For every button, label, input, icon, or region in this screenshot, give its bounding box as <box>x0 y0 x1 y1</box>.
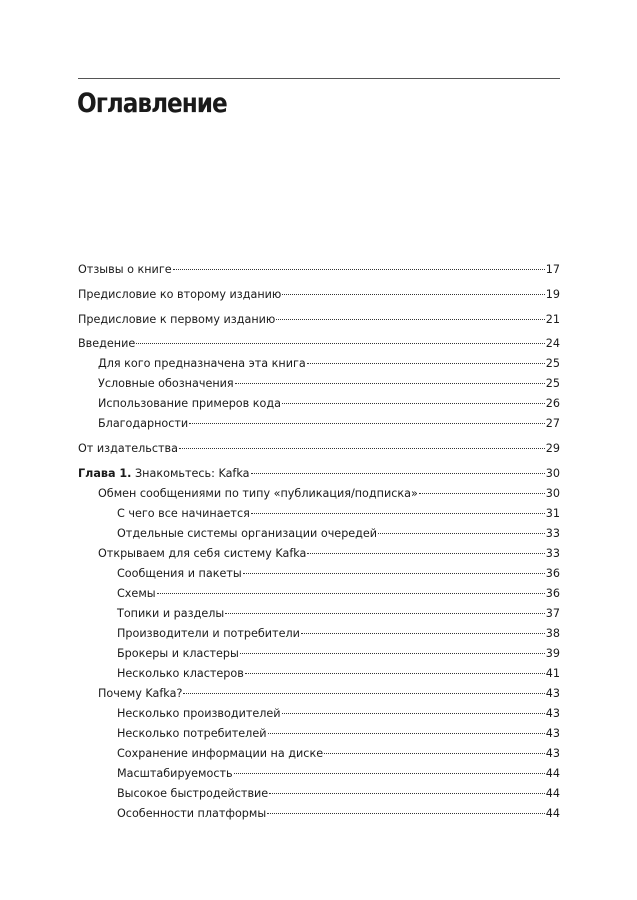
toc-page-number: 39 <box>546 646 560 662</box>
toc-entry-title: Предисловие к первому изданию <box>78 312 275 328</box>
toc-entry[interactable]: Отзывы о книге17 <box>78 262 560 278</box>
toc-entry[interactable]: Несколько кластеров41 <box>78 666 560 682</box>
page-title: Оглавление <box>77 88 227 119</box>
toc-entry[interactable]: Предисловие к первому изданию21 <box>78 312 560 328</box>
dot-leader <box>378 532 545 534</box>
toc-page-number: 31 <box>546 506 560 522</box>
toc-entry[interactable]: С чего все начинается31 <box>78 506 560 522</box>
toc-page-number: 38 <box>546 626 560 642</box>
toc-entry-title: Особенности платформы <box>117 806 266 822</box>
toc-page-number: 41 <box>546 666 560 682</box>
toc-entry-title: Отдельные системы организации очередей <box>117 526 377 542</box>
dot-leader <box>189 422 545 424</box>
toc-page-number: 26 <box>546 396 560 412</box>
dot-leader <box>267 812 545 814</box>
dot-leader <box>282 712 545 714</box>
toc-entry[interactable]: От издательства29 <box>78 441 560 457</box>
toc-entry[interactable]: Несколько потребителей43 <box>78 726 560 742</box>
toc-entry-title: Масштабируемость <box>117 766 233 782</box>
toc-entry[interactable]: Отдельные системы организации очередей33 <box>78 526 560 542</box>
toc-entry[interactable]: Глава 1. Знакомьтесь: Kafka30 <box>78 466 560 482</box>
toc-page-number: 25 <box>546 376 560 392</box>
toc-entry[interactable]: Несколько производителей43 <box>78 706 560 722</box>
dot-leader <box>268 732 545 734</box>
dot-leader <box>301 632 545 634</box>
toc-page-number: 19 <box>546 287 560 303</box>
toc-entry-title: Предисловие ко второму изданию <box>78 287 281 303</box>
dot-leader <box>269 792 545 794</box>
toc-entry[interactable]: Сохранение информации на диске43 <box>78 746 560 762</box>
toc-entry-title: Топики и разделы <box>117 606 224 622</box>
toc-page-number: 33 <box>546 526 560 542</box>
toc-entry[interactable]: Высокое быстродействие44 <box>78 786 560 802</box>
toc-entry-title: Почему Kafka? <box>98 686 182 702</box>
dot-leader <box>307 362 545 364</box>
toc-page-number: 37 <box>546 606 560 622</box>
dot-leader <box>136 342 545 344</box>
chapter-number: Глава 1. <box>78 467 131 480</box>
dot-leader <box>179 447 545 449</box>
toc-page-number: 44 <box>546 806 560 822</box>
toc-page-number: 27 <box>546 416 560 432</box>
dot-leader <box>282 293 544 295</box>
toc-entry-title: Благодарности <box>98 416 188 432</box>
dot-leader <box>157 592 545 594</box>
toc-page-number: 29 <box>546 441 560 457</box>
dot-leader <box>276 318 544 320</box>
toc-entry[interactable]: Благодарности27 <box>78 416 560 432</box>
toc-page-number: 33 <box>546 546 560 562</box>
dot-leader <box>282 402 545 404</box>
dot-leader <box>245 672 545 674</box>
toc-page-number: 25 <box>546 356 560 372</box>
dot-leader <box>240 652 545 654</box>
toc-page-number: 44 <box>546 766 560 782</box>
toc-page-number: 21 <box>546 312 560 328</box>
toc-entry-title: Использование примеров кода <box>98 396 281 412</box>
toc-entry[interactable]: Производители и потребители38 <box>78 626 560 642</box>
toc-entry-title: Условные обозначения <box>98 376 234 392</box>
toc-entry-title: Несколько производителей <box>117 706 281 722</box>
toc-entry[interactable]: Схемы36 <box>78 586 560 602</box>
toc-page-number: 43 <box>546 706 560 722</box>
toc-entry-title: Обмен сообщениями по типу «публикация/по… <box>98 486 418 502</box>
toc-page-number: 17 <box>546 262 560 278</box>
toc-page-number: 36 <box>546 566 560 582</box>
toc-entry[interactable]: Введение24 <box>78 336 560 352</box>
toc-entry-title: От издательства <box>78 441 178 457</box>
toc-entry-title: Сохранение информации на диске <box>117 746 323 762</box>
dot-leader <box>307 552 544 554</box>
dot-leader <box>183 692 544 694</box>
toc-page-number: 44 <box>546 786 560 802</box>
toc-page-number: 36 <box>546 586 560 602</box>
dot-leader <box>243 572 545 574</box>
header-rule <box>78 78 560 79</box>
toc-entry-title: Отзывы о книге <box>78 262 172 278</box>
toc-entry-title: Глава 1. Знакомьтесь: Kafka <box>78 466 250 482</box>
toc-entry-title: Сообщения и пакеты <box>117 566 242 582</box>
toc-entry[interactable]: Сообщения и пакеты36 <box>78 566 560 582</box>
toc-entry-title: Открываем для себя систему Kafka <box>98 546 306 562</box>
toc-entry[interactable]: Предисловие ко второму изданию19 <box>78 287 560 303</box>
toc-entry[interactable]: Использование примеров кода26 <box>78 396 560 412</box>
toc-entry-title: Для кого предназначена эта книга <box>98 356 306 372</box>
dot-leader <box>251 472 545 474</box>
toc-page-number: 24 <box>546 336 560 352</box>
toc-entry[interactable]: Условные обозначения25 <box>78 376 560 392</box>
toc-page-number: 43 <box>546 686 560 702</box>
toc-entry[interactable]: Открываем для себя систему Kafka33 <box>78 546 560 562</box>
dot-leader <box>234 772 545 774</box>
toc-page-number: 30 <box>546 466 560 482</box>
toc-page-number: 43 <box>546 746 560 762</box>
dot-leader <box>225 612 545 614</box>
toc-entry[interactable]: Почему Kafka?43 <box>78 686 560 702</box>
toc-page-number: 43 <box>546 726 560 742</box>
toc-entry-title: Брокеры и кластеры <box>117 646 239 662</box>
toc-entry-title: Несколько потребителей <box>117 726 267 742</box>
toc-entry[interactable]: Обмен сообщениями по типу «публикация/по… <box>78 486 560 502</box>
dot-leader <box>235 382 545 384</box>
toc-page-number: 30 <box>546 486 560 502</box>
toc-entry-title: Схемы <box>117 586 156 602</box>
toc-entry-title: Высокое быстродействие <box>117 786 268 802</box>
toc-entry-title: Введение <box>78 336 135 352</box>
toc-entry[interactable]: Брокеры и кластеры39 <box>78 646 560 662</box>
dot-leader <box>419 492 545 494</box>
toc-entry-title: Несколько кластеров <box>117 666 244 682</box>
toc-entry[interactable]: Для кого предназначена эта книга25 <box>78 356 560 372</box>
dot-leader <box>173 268 545 270</box>
toc-entry-title: С чего все начинается <box>117 506 250 522</box>
toc-entry-title: Производители и потребители <box>117 626 300 642</box>
toc-entry[interactable]: Масштабируемость44 <box>78 766 560 782</box>
dot-leader <box>251 512 545 514</box>
dot-leader <box>324 752 545 754</box>
toc-entry[interactable]: Топики и разделы37 <box>78 606 560 622</box>
toc-entry[interactable]: Особенности платформы44 <box>78 806 560 822</box>
